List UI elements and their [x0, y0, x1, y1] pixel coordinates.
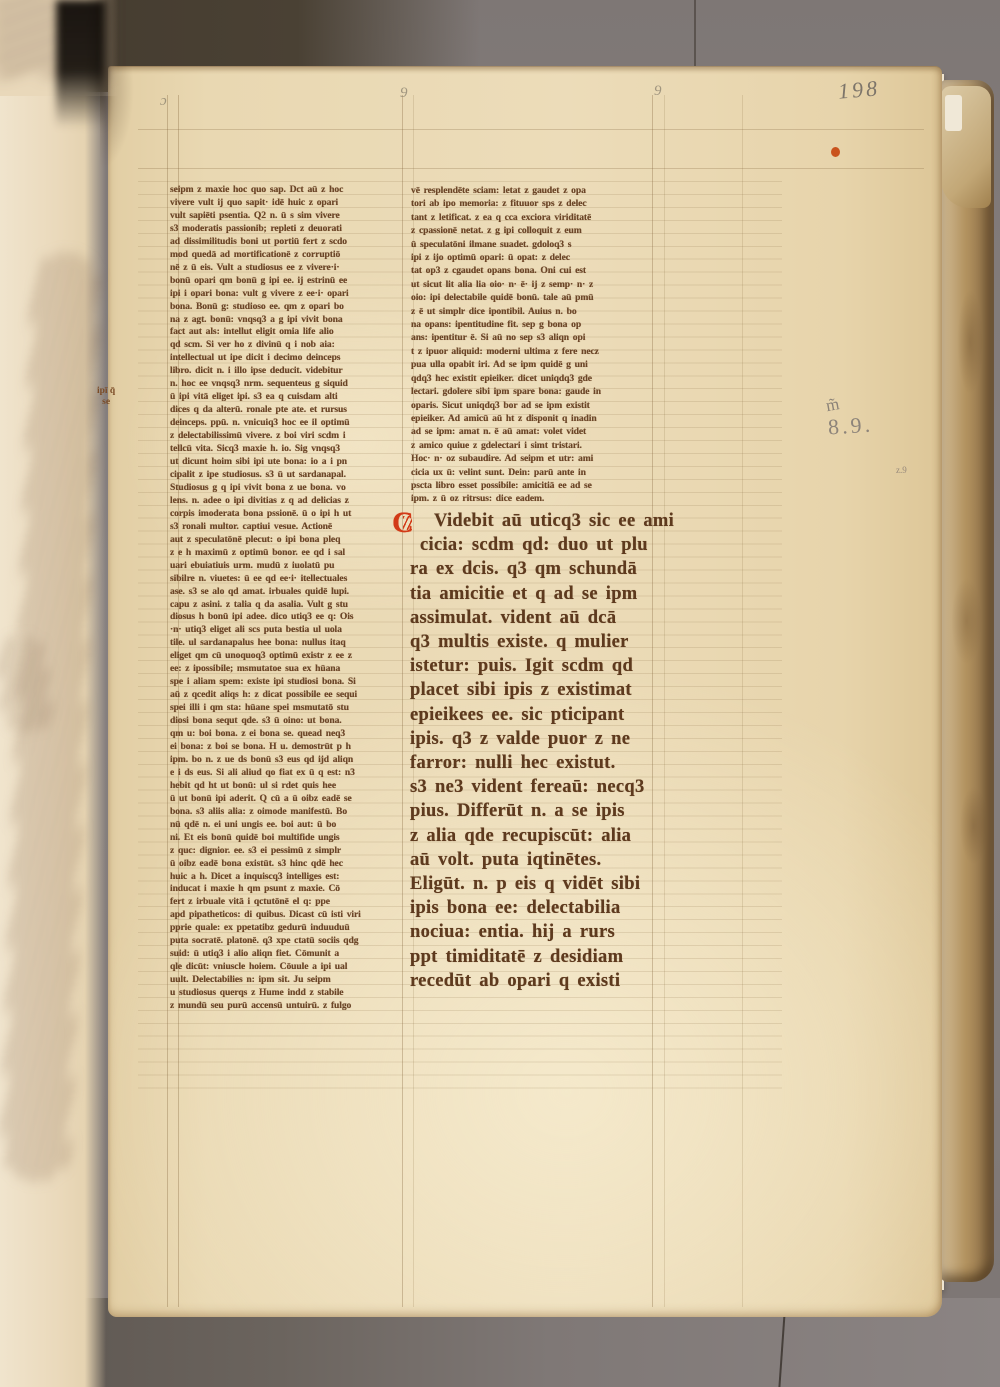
manuscript-line: ipi z ijo optimū opari: ū opat: z delec — [411, 251, 659, 264]
manuscript-line: ad dissimilitudis boni ut portiū fert z … — [170, 236, 406, 249]
manuscript-line: ase. s3 se alo qd amat. irbuales quidē l… — [170, 586, 406, 599]
manuscript-line: ei bona: z boi se bona. H u. demostrūt p… — [170, 741, 406, 754]
manuscript-line: intellectual ut ipe dicit i decimo deinc… — [170, 352, 406, 365]
manuscript-line: farror: nulli hec existut. — [410, 751, 680, 775]
manuscript-line: ū speculatōni ilmane suadet. gdoloq3 s — [411, 238, 659, 251]
manuscript-line: ut sicut lit alia lia oio· n· ē· ij z se… — [411, 278, 659, 291]
manuscript-line: ut dicunt hoim sibi ipi ute bona: io a i… — [170, 456, 406, 469]
manuscript-line: ra ex dcis. q3 qm schundā — [410, 557, 680, 581]
manuscript-line: tat op3 z cgaudet opans bona. Oni cui es… — [411, 264, 659, 277]
manuscript-line: suid: ū utiq3 i alio aliqn fiet. Cōmunit… — [170, 948, 406, 961]
manuscript-line: qle dicūt: vniuscle hoiem. Cōuule a ipi … — [170, 961, 406, 974]
folio-number: 198 — [837, 75, 881, 105]
manuscript-line: diosus h bonū ipi adee. dico utiq3 ee q:… — [170, 611, 406, 624]
manuscript-line: epieikees ee. sic pticipant — [410, 703, 680, 727]
manuscript-line: tile. ul sardanapalus hee bona: nullus i… — [170, 637, 406, 650]
manuscript-line: bona. s3 aliis alia: z oimode manifestū.… — [170, 806, 406, 819]
pencil-shelf-mark: 8.9. — [827, 411, 874, 440]
manuscript-line: lectari. gdolere sibi ipm spare bona: ga… — [411, 385, 659, 398]
manuscript-line: tori ab ipo memoria: z fituuor sps z del… — [411, 197, 659, 210]
manuscript-line: bonū opari qm bonū g ipi ee. ij estrinū … — [170, 275, 406, 288]
manuscript-line: apd pipatheticos: di quibus. Dicast cū i… — [170, 909, 406, 922]
manuscript-page: 198 ɔ 9 9 m̃ 8.9. z.9 seipm z maxie hoc … — [108, 66, 942, 1317]
manuscript-line: ū ut bonū ipi aderit. Q cū a ū oibz eadē… — [170, 793, 406, 806]
manuscript-line: hebit qd ht ut bonū: ul si rdet quis hee — [170, 780, 406, 793]
manuscript-line: t z ipuor aliquid: moderni ultima z fere… — [411, 345, 659, 358]
manuscript-line: s3 moderatis passionib; repleti z deuora… — [170, 223, 406, 236]
red-ink-dot — [831, 147, 840, 157]
manuscript-line: ·n· utiq3 eliget ali scs puta bestia ul … — [170, 624, 406, 637]
manuscript-line: ū oibz eadē bona existūt. s3 hinc qdē he… — [170, 858, 406, 871]
manuscript-line: z alia qde recupiscūt: alia — [410, 824, 680, 848]
manuscript-line: ipis bona ee: delectabilia — [410, 896, 680, 920]
manuscript-line: ipis. q3 z valde puor z ne — [410, 727, 680, 751]
manuscript-line: seipm z maxie hoc quo sap. Dct aū z hoc — [170, 184, 406, 197]
gloss-line: se — [97, 397, 115, 408]
manuscript-line: Studiosus g q ipi vivit bona z ue bona. … — [170, 482, 406, 495]
manuscript-line: e i ds eus. Si ali aliud qo fiat ex ū q … — [170, 767, 406, 780]
manuscript-line: na opans: ipentitudine fit. sep g bona o… — [411, 318, 659, 331]
quire-mark-center: 9 — [400, 85, 408, 102]
manuscript-line: capu z asini. z talia q da asalia. Vult … — [170, 599, 406, 612]
manuscript-line: n. hoc ee vnqsq3 nrm. sequenteus g siqui… — [170, 378, 406, 391]
manuscript-line: tellcū vita. Sicq3 maxie h. io. Sig vnqs… — [170, 443, 406, 456]
black-gutter-strip — [56, 0, 106, 128]
manuscript-line: vē resplendēte sciam: letat z gaudet z o… — [411, 184, 659, 197]
manuscript-line: qdq3 hec existit epieiker. dicet uniqdq3… — [411, 372, 659, 385]
ruling-horizontal — [138, 129, 924, 130]
manuscript-line: uult. Delectabilies n: ipm sit. Ju seipm — [170, 974, 406, 987]
ruling-horizontal — [138, 168, 924, 169]
gloss-line: ipī q̄ — [97, 386, 115, 397]
manuscript-line: z e h maximū z optimū bonor. ee qd i sal — [170, 547, 406, 560]
manuscript-line: epieiker. Ad amicū aū ht z disponit q in… — [411, 412, 659, 425]
manuscript-line: nociua: entia. hij a rurs — [410, 920, 680, 944]
manuscript-line: oio: ipi delectabile quidē bonū. tale aū… — [411, 291, 659, 304]
manuscript-line: ipi i opari bona: vult g vivere z ee·i· … — [170, 288, 406, 301]
manuscript-line: z cpassionē netat. z g ipi colloquit z e… — [411, 224, 659, 237]
manuscript-line: ad se ipm: amat n. ē aū amat: volet vide… — [411, 425, 659, 438]
manuscript-line: ee: z ipossibile; msmutatoe sua ex hūana — [170, 663, 406, 676]
binding-notch — [945, 95, 962, 131]
manuscript-line: pius. Differūt n. a se ipis — [410, 799, 680, 823]
manuscript-line: z quc: dignior. ee. s3 ei pessimū z simp… — [170, 845, 406, 858]
manuscript-line: qm u: boi bona. z ei bona se. quead neq3 — [170, 728, 406, 741]
manuscript-line: ans: ipentitur ē. Si aū no sep s3 aliqn … — [411, 331, 659, 344]
manuscript-line: nē z ū eis. Vult a studiosus ee z vivere… — [170, 262, 406, 275]
manuscript-line: Eligūt. n. p eis q vidēt sibi — [410, 872, 680, 896]
manuscript-line: placet sibi ipis z existimat — [410, 678, 680, 702]
manuscript-line: na z agt. bonū: vnqsq3 a g ipi vivit bon… — [170, 314, 406, 327]
manuscript-line: corpis imoderata bona pssionē. ū o ipi h… — [170, 508, 406, 521]
manuscript-line: aū z qcedit aliqs h: z dicat possibile e… — [170, 689, 406, 702]
manuscript-line: eliget qm cū unoquoq3 optimū existr z ee… — [170, 650, 406, 663]
manuscript-line: aū volt. puta iqtinētes. — [410, 848, 680, 872]
backdrop-crack-top — [694, 0, 696, 70]
manuscript-line: inducat i maxie h qm psunt z maxie. Cō — [170, 883, 406, 896]
manuscript-line: cipalit z ipe studiosus. s3 ū ut sardana… — [170, 469, 406, 482]
text-column-right-small: vē resplendēte sciam: letat z gaudet z o… — [411, 184, 659, 506]
manuscript-line: z delectabilissimū vivere. z boi viri sc… — [170, 430, 406, 443]
manuscript-line: ū ipi vitā eliget ipi. s3 ea q cuisdam a… — [170, 391, 406, 404]
manuscript-line: Videbit aū uticq3 sic ee ami — [410, 509, 680, 533]
manuscript-line: oparis. Sicut uniqdq3 bor ad se ipm exis… — [411, 399, 659, 412]
manuscript-line: u studiosus querqs z Hume indd z stabile — [170, 987, 406, 1000]
manuscript-line: sibilre n. viuetes: ū ee qd ee·i· itelle… — [170, 573, 406, 586]
text-column-right-large: Videbit aū uticq3 sic ee amicicia: scdm … — [410, 509, 680, 993]
manuscript-line: huic a h. Dicet a inquiscq3 intelliges e… — [170, 871, 406, 884]
quire-mark-right: 9 — [654, 83, 662, 100]
manuscript-line: puta socratē. platonē. q3 xpe ctatū soci… — [170, 935, 406, 948]
manuscript-line: nū qdē n. ei uni ungis ee. boi aut: ū bo — [170, 819, 406, 832]
manuscript-line: spei illi i qm sta: hūane spei msmutatō … — [170, 702, 406, 715]
manuscript-line: qd scm. Si ver ho z divinū q i nob aia: — [170, 339, 406, 352]
manuscript-line: deinceps. ppū. n. vnicuiq3 hoc ee il opt… — [170, 417, 406, 430]
manuscript-line: ipm. bo n. z ue ds bonū s3 eus qd ijd al… — [170, 754, 406, 767]
manuscript-line: vivere vult ij quo sapit· idē huic z opa… — [170, 197, 406, 210]
manuscript-line: z ē ut simplr dice ipontibil. Auius n. b… — [411, 305, 659, 318]
text-column-left: seipm z maxie hoc quo sap. Dct aū z hocv… — [170, 184, 406, 1013]
manuscript-line: ni. Et eis bonū quidē boi multifide ungi… — [170, 832, 406, 845]
manuscript-line: pscta libro esset possibile: amicitiā ee… — [411, 479, 659, 492]
manuscript-line: assimulat. vident aū dcā — [410, 606, 680, 630]
manuscript-line: istetur: puis. Igit scdm qd — [410, 654, 680, 678]
manuscript-line: s3 ne3 vident fereaū: necq3 — [410, 775, 680, 799]
manuscript-line: bona. Bonū g: studioso ee. qm z opari bo — [170, 301, 406, 314]
manuscript-line: Hoc· n· oz subaudire. Ad seipm et utr: a… — [411, 452, 659, 465]
manuscript-line: fact aut als: intellut eligit omia life … — [170, 326, 406, 339]
binding-mottling — [952, 280, 988, 900]
manuscript-line: libro. dicit n. i illo ipse deducit. vid… — [170, 365, 406, 378]
manuscript-line: vult sapiēti psentia. Q2 n. ū s sim vive… — [170, 210, 406, 223]
manuscript-line: fert z irbuale vitā i qctutōnē el q: ppe — [170, 896, 406, 909]
manuscript-line: tant z letificat. z ea q cca exciora vir… — [411, 211, 659, 224]
manuscript-line: tia amicitie et q ad se ipm — [410, 582, 680, 606]
manuscript-line: pprie quale: ex ppetatibz gedurū induudu… — [170, 922, 406, 935]
manuscript-line: cicia: scdm qd: duo ut plu — [410, 533, 680, 557]
manuscript-line: uari ebuiatiuis urm. mudū z iuolatū pu — [170, 560, 406, 573]
manuscript-line: diosi bona sequt qde. s3 ū oino: ut bona… — [170, 715, 406, 728]
manuscript-line: q3 multis existe. q mulier — [410, 630, 680, 654]
manuscript-line: ipm. z ū oz ritrsus: dice eadem. — [411, 492, 659, 505]
manuscript-line: recedūt ab opari q existi — [410, 969, 680, 993]
left-margin-gloss: ipī q̄ se — [97, 386, 115, 408]
manuscript-line: z mundū seu purū accensū untuirū. z fulg… — [170, 1000, 406, 1013]
manuscript-line: dices q da alterū. ronale pte ate. et ru… — [170, 404, 406, 417]
manuscript-line: mod quedā ad mortificationē z corruptiō — [170, 249, 406, 262]
manuscript-line: cicia ux ū: velint sunt. Dein: parū ante… — [411, 466, 659, 479]
manuscript-line: lens. n. adee o ipi divitias z q ad deli… — [170, 495, 406, 508]
manuscript-line: s3 ronali multor. captiui vesue. Actionē — [170, 521, 406, 534]
manuscript-photo: 198 ɔ 9 9 m̃ 8.9. z.9 seipm z maxie hoc … — [0, 0, 1000, 1387]
pencil-edge-mark: z.9 — [896, 465, 907, 475]
manuscript-line: ppt timiditatē z desidiam — [410, 945, 680, 969]
manuscript-line: aut z speculatōnē plecut: o ipi bona ple… — [170, 534, 406, 547]
manuscript-line: pua ulla opabit iri. Ad se ipm quidē g u… — [411, 358, 659, 371]
manuscript-line: z amico quiue z gdelectari i simt trista… — [411, 439, 659, 452]
manuscript-line: spe i aliam spem: existe ipi studiosi bo… — [170, 676, 406, 689]
